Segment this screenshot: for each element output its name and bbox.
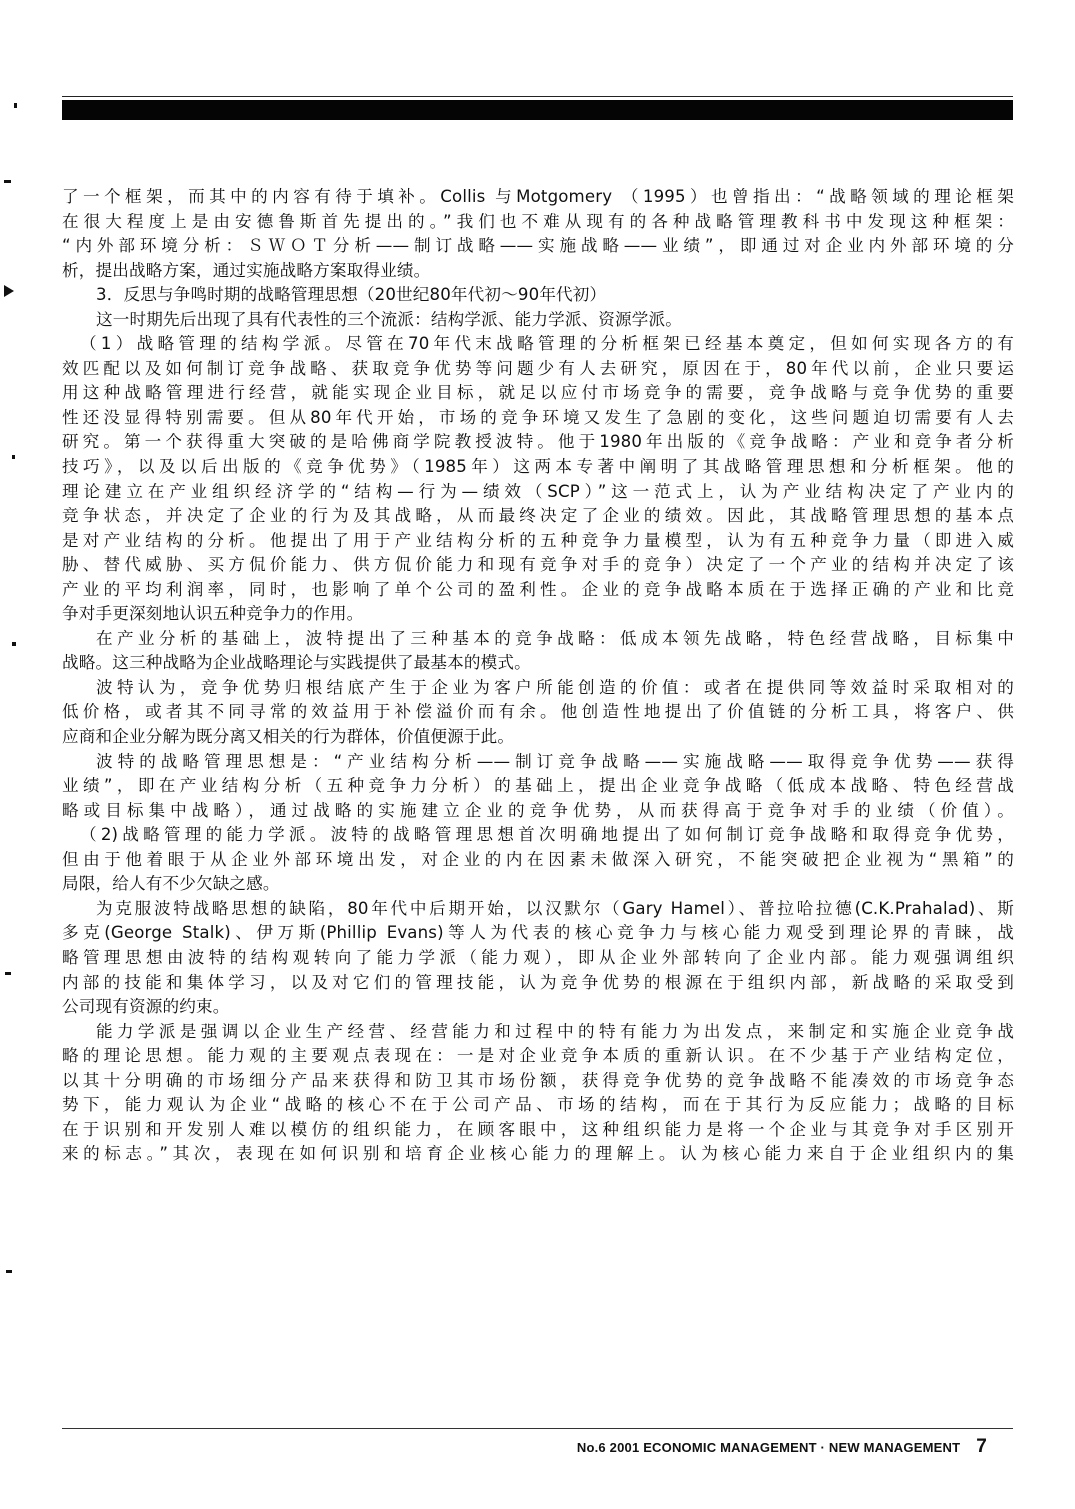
text-line: 局限，给人有不少欠缺之感。 — [62, 872, 1014, 897]
margin-mark — [12, 642, 16, 646]
text-line: 理论建立在产业组织经济学的“结构—行为—绩效（SCP）”这一范式上，认为产业结构… — [62, 480, 1014, 505]
journal-name: No.6 2001 ECONOMIC MANAGEMENT · NEW MANA… — [577, 1440, 960, 1455]
text-line: 略或目标集中战略），通过战略的实施建立企业的竞争优势，从而获得高于竞争对手的业绩… — [62, 799, 1014, 824]
text-line: 略的理论思想。能力观的主要观点表现在：一是对企业竞争本质的重新认识。在不少基于产… — [62, 1044, 1014, 1069]
text-line: 争对手更深刻地认识五种竞争力的作用。 — [62, 602, 1014, 627]
text-line: 研究。第一个获得重大突破的是哈佛商学院教授波特。他于1980年出版的《竞争战略：… — [62, 430, 1014, 455]
text-line: 公司现有资源的约束。 — [62, 995, 1014, 1020]
header-bar — [62, 100, 1013, 120]
margin-mark — [5, 972, 11, 975]
text-line: 胁、替代威胁、买方侃价能力、供方侃价能力和现有竞争对手的竞争）决定了一个产业的结… — [62, 553, 1014, 578]
text-line: 性还没显得特别需要。但从80年代开始，市场的竞争环境又发生了急剧的变化，这些问题… — [62, 406, 1014, 431]
text-line: 是对产业结构的分析。他提出了用于产业结构分析的五种竞争力量模型，认为有五种竞争力… — [62, 529, 1014, 554]
text-line: 在于识别和开发别人难以模仿的组织能力，在顾客眼中，这种组织能力是将一个企业与其竞… — [62, 1118, 1014, 1143]
text-line: 但由于他着眼于从企业外部环境出发，对企业的内在因素未做深入研究，不能突破把企业视… — [62, 848, 1014, 873]
text-line: 了一个框架，而其中的内容有待于填补。Collis 与Motgomery （199… — [62, 185, 1014, 210]
text-line: 内部的技能和集体学习，以及对它们的管理技能，认为竞争优势的根源在于组织内部，新战… — [62, 971, 1014, 996]
text-line: 3．反思与争鸣时期的战略管理思想（20世纪80年代初～90年代初） — [62, 283, 1014, 308]
text-line: “内外部环境分析：ＳＷＯＴ分析——制订战略——实施战略——业绩”，即通过对企业内… — [62, 234, 1014, 259]
top-rule — [62, 96, 1013, 97]
text-line: 用这种战略管理进行经营，就能实现企业目标，就足以应付市场竞争的需要，竞争战略与竞… — [62, 381, 1014, 406]
text-line: 来的标志。”其次，表现在如何识别和培育企业核心能力的理解上。认为核心能力来自于企… — [62, 1142, 1014, 1167]
text-line: 多克(George Stalk)、伊万斯(Phillip Evans)等人为代表… — [62, 921, 1014, 946]
text-line: 竞争状态，并决定了企业的行为及其战略，从而最终决定了企业的绩效。因此，其战略管理… — [62, 504, 1014, 529]
text-line: 略管理思想由波特的结构观转向了能力学派（能力观），即从企业外部转向了企业内部。能… — [62, 946, 1014, 971]
text-line: 效匹配以及如何制订竞争战略、获取竞争优势等问题少有人去研究，原因在于，80年代以… — [62, 357, 1014, 382]
text-line: （2)战略管理的能力学派。波特的战略管理思想首次明确地提出了如何制订竞争战略和取… — [62, 823, 1014, 848]
text-line: 在很大程度上是由安德鲁斯首先提出的。”我们也不难从现有的各种战略管理教科书中发现… — [62, 210, 1014, 235]
text-line: 低价格，或者其不同寻常的效益用于补偿溢价而有余。他创造性地提出了价值链的分析工具… — [62, 700, 1014, 725]
text-line: 这一时期先后出现了具有代表性的三个流派：结构学派、能力学派、资源学派。 — [62, 308, 1014, 333]
margin-mark — [6, 1270, 12, 1273]
text-line: 波特认为，竞争优势归根结底产生于企业为客户所能创造的价值：或者在提供同等效益时采… — [62, 676, 1014, 701]
margin-mark — [14, 103, 17, 108]
text-line: 能力学派是强调以企业生产经营、经营能力和过程中的特有能力为出发点，来制定和实施企… — [62, 1020, 1014, 1045]
page-number: 7 — [976, 1436, 987, 1458]
article-body: 了一个框架，而其中的内容有待于填补。Collis 与Motgomery （199… — [62, 185, 1014, 1167]
margin-mark — [4, 285, 14, 297]
margin-mark — [4, 180, 11, 183]
margin-mark — [12, 455, 15, 459]
page-footer: No.6 2001 ECONOMIC MANAGEMENT · NEW MANA… — [577, 1436, 987, 1458]
text-line: 析，提出战略方案，通过实施战略方案取得业绩。 — [62, 259, 1014, 284]
text-line: 波特的战略管理思想是：“产业结构分析——制订竞争战略——实施战略——取得竞争优势… — [62, 750, 1014, 775]
text-line: 在产业分析的基础上，波特提出了三种基本的竞争战略：低成本领先战略，特色经营战略，… — [62, 627, 1014, 652]
text-line: 技巧》，以及以后出版的《竞争优势》（1985年）这两本专著中阐明了其战略管理思想… — [62, 455, 1014, 480]
text-line: 业绩”，即在产业结构分析（五种竞争力分析）的基础上，提出企业竞争战略（低成本战略… — [62, 774, 1014, 799]
text-line: 产业的平均利润率，同时，也影响了单个公司的盈利性。企业的竞争战略本质在于选择正确… — [62, 578, 1014, 603]
text-line: 为克服波特战略思想的缺陷，80年代中后期开始，以汉默尔（Gary Hamel）、… — [62, 897, 1014, 922]
text-line: 应商和企业分解为既分离又相关的行为群体，价值便源于此。 — [62, 725, 1014, 750]
footer-rule — [62, 1428, 1013, 1429]
text-line: （1）战略管理的结构学派。尽管在70年代末战略管理的分析框架已经基本奠定，但如何… — [62, 332, 1014, 357]
text-line: 战略。这三种战略为企业战略理论与实践提供了最基本的模式。 — [62, 651, 1014, 676]
text-line: 以其十分明确的市场细分产品来获得和防卫其市场份额，获得竞争优势的竞争战略不能凑效… — [62, 1069, 1014, 1094]
text-line: 势下，能力观认为企业“战略的核心不在于公司产品、市场的结构，而在于其行为反应能力… — [62, 1093, 1014, 1118]
